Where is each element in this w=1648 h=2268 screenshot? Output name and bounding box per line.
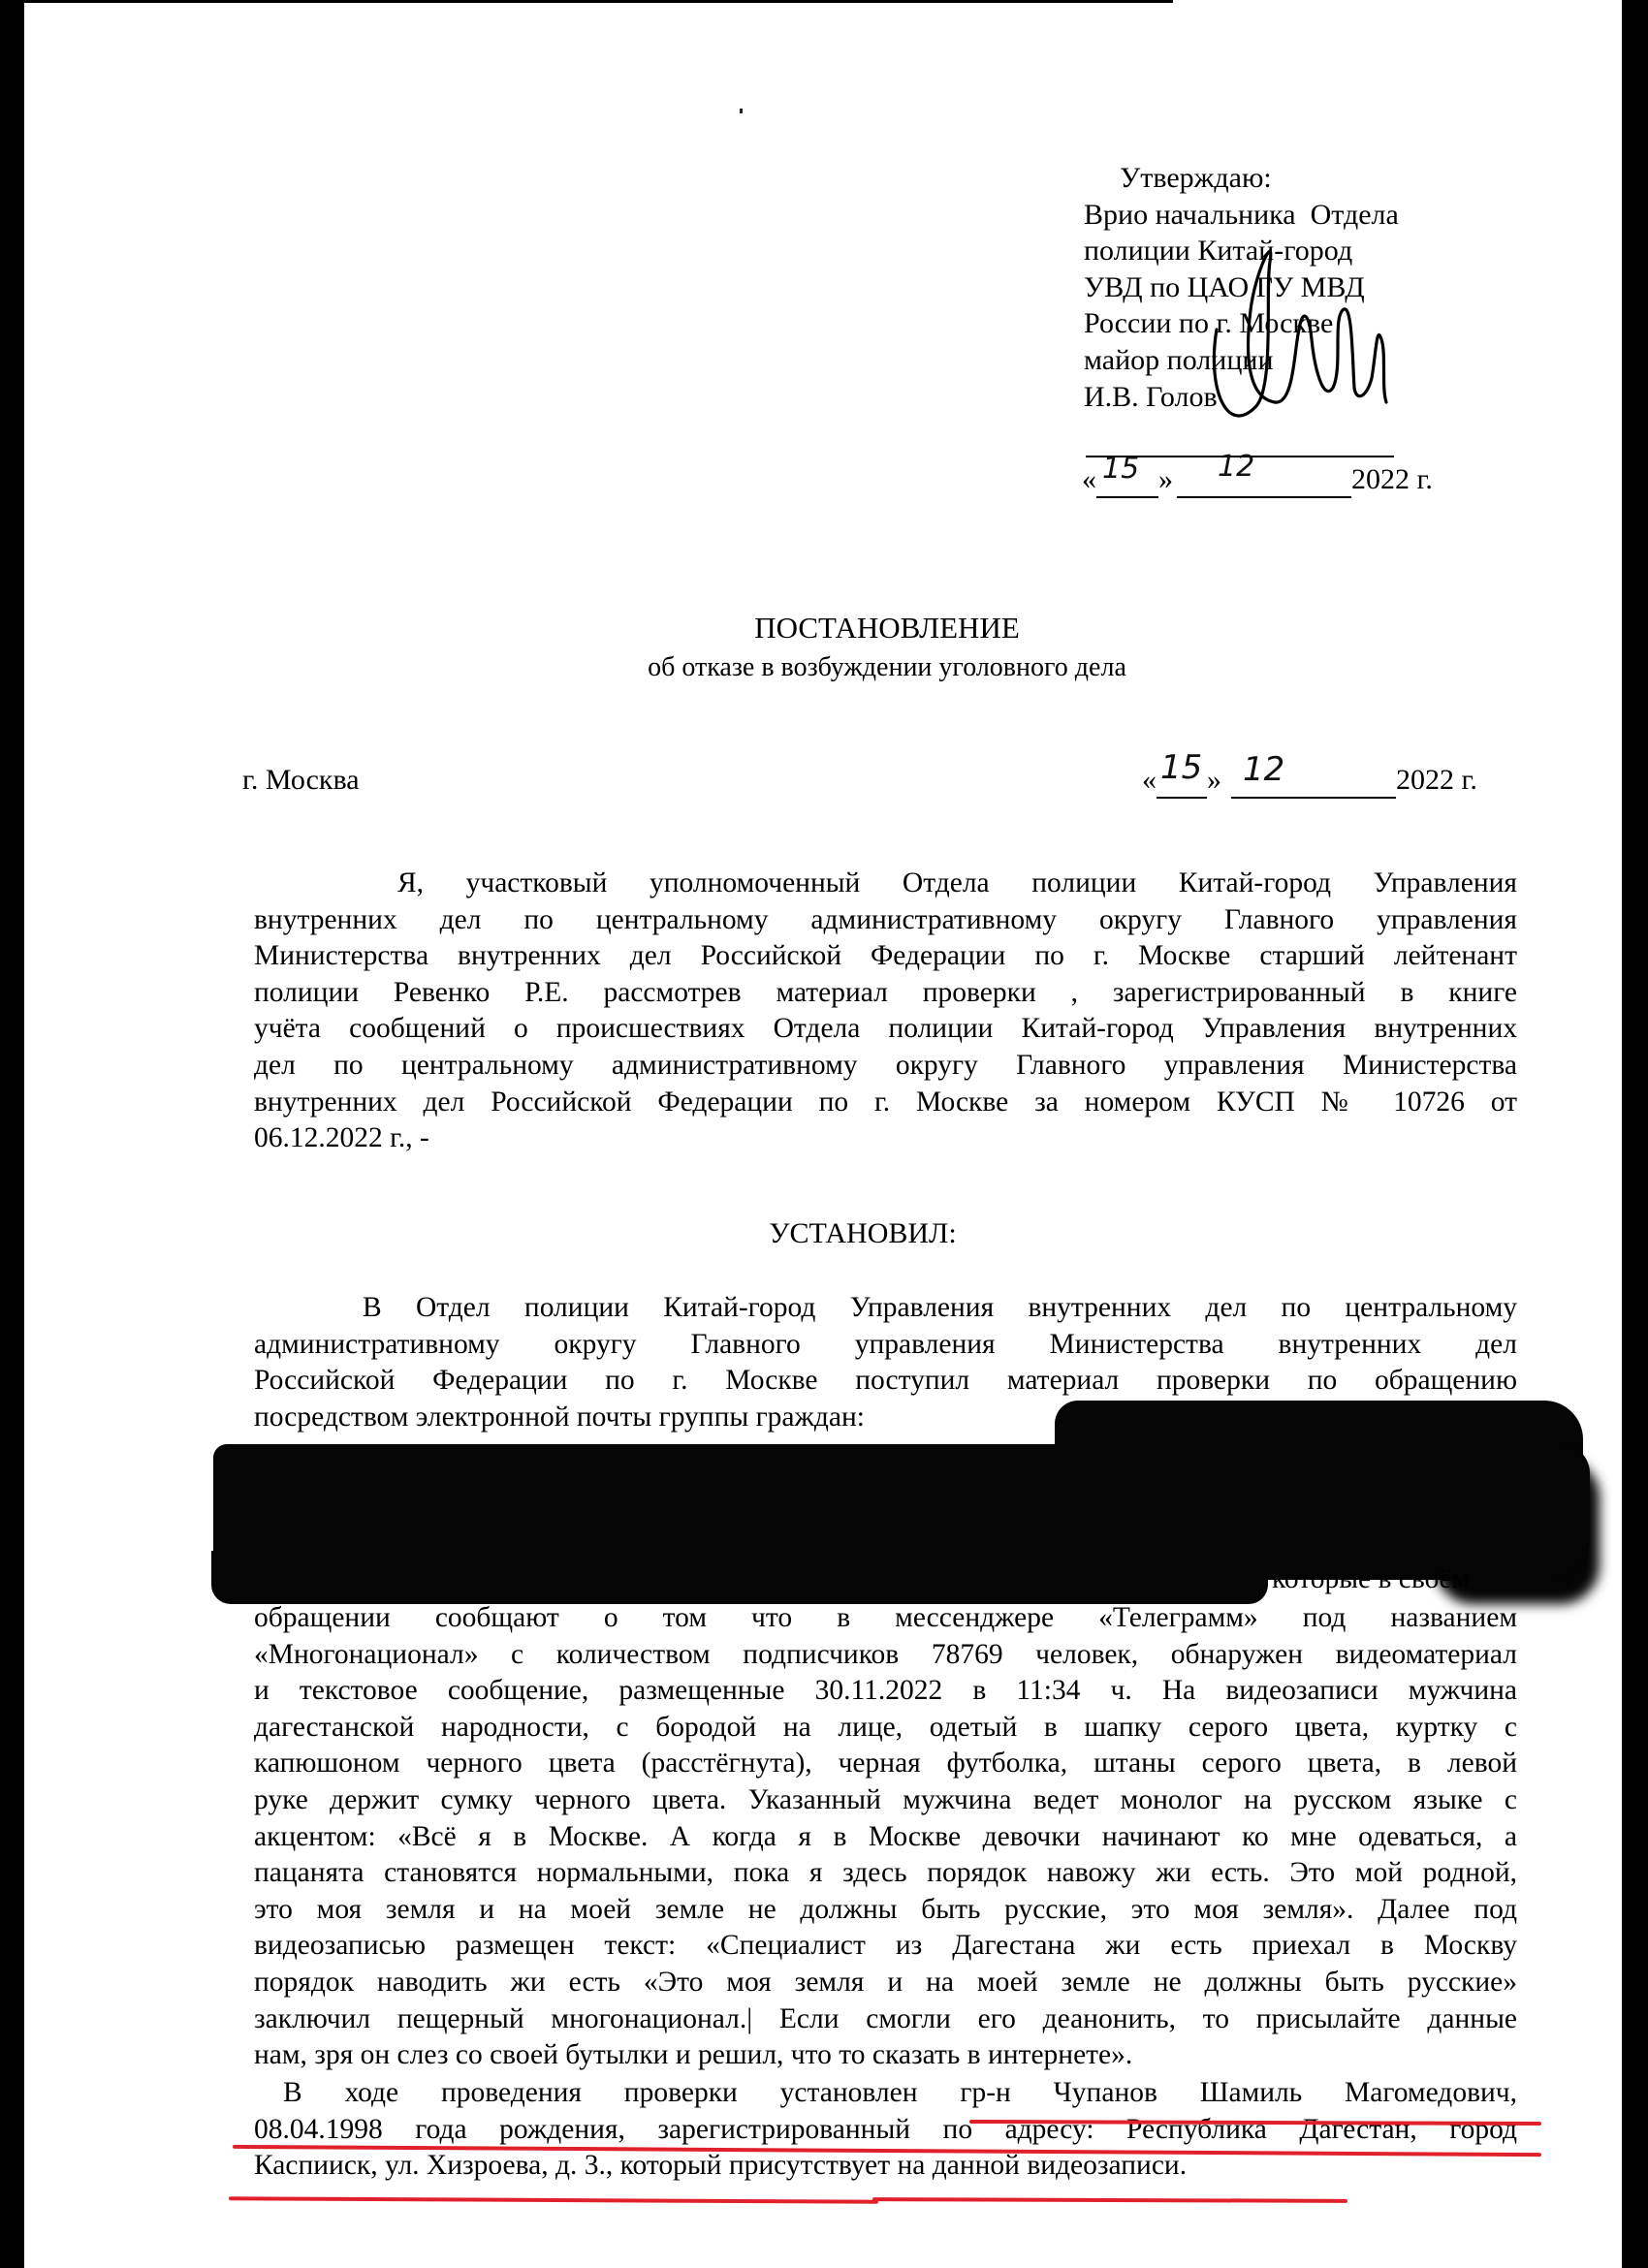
section-heading: УСТАНОВИЛ:: [0, 1217, 1648, 1250]
paragraph-details: обращении сообщают о том что в мессендже…: [254, 1600, 1517, 2074]
redaction-block: [211, 1551, 1268, 1604]
month-blank: 12: [1231, 764, 1396, 799]
text-line: видеозаписью размещен текст: «Специалист…: [254, 1928, 1517, 1965]
scan-border-right: [1622, 0, 1648, 2268]
approval-line: Врио начальника Отдела: [1084, 197, 1399, 234]
text-line: руке держит сумку черного цвета. Указанн…: [254, 1782, 1517, 1819]
text-line: полиции Ревенко Р.Е. рассмотрев материал…: [254, 975, 1517, 1012]
document-year: 2022 г.: [1396, 764, 1477, 796]
approval-year: 2022 г.: [1351, 463, 1433, 495]
red-underline: [872, 2197, 1347, 2203]
month-blank: 12: [1177, 463, 1351, 498]
handwritten-month: 12: [1218, 450, 1254, 484]
text-line: пацанята становятся нормальными, пока я …: [254, 1855, 1517, 1892]
text-line: административному округу Главного управл…: [254, 1327, 1517, 1364]
text-line: заключил пещерный многонационал.| Если с…: [254, 2001, 1517, 2038]
paragraph-identified: В ходе проведения проверки установлен гр…: [254, 2075, 1517, 2185]
text-line: обращении сообщают о том что в мессендже…: [254, 1600, 1517, 1637]
text-line: Российской Федерации по г. Москве поступ…: [254, 1363, 1517, 1400]
scan-border-left: [0, 0, 24, 2268]
text-line: внутренних дел по центральному администр…: [254, 902, 1517, 939]
quote-open: «: [1142, 764, 1157, 796]
text-line: дагестанской народности, с бородой на ли…: [254, 1710, 1517, 1747]
day-blank: 15: [1157, 764, 1207, 799]
quote-close: »: [1207, 764, 1221, 796]
signature: [1188, 233, 1391, 426]
quote-open: «: [1082, 463, 1096, 495]
text-line: «Многонационал» с количеством подписчико…: [254, 1637, 1517, 1674]
red-underline: [229, 2196, 878, 2204]
text-line: учёта сообщений о происшествиях Отдела п…: [254, 1011, 1517, 1048]
redaction-tail-text: которые в своём: [1272, 1563, 1470, 1595]
text-line: 06.12.2022 г., -: [254, 1120, 1517, 1157]
text-line: акцентом: «Всё я в Москве. А когда я в М…: [254, 1819, 1517, 1856]
text-line: В Отдел полиции Китай-город Управления в…: [254, 1290, 1517, 1327]
handwritten-day: 15: [1102, 452, 1139, 486]
document-date: «15 »12 2022 г.: [1142, 764, 1477, 799]
text-line: порядок наводить жи есть «Это моя земля …: [254, 1965, 1517, 2001]
handwritten-day: 15: [1160, 748, 1202, 787]
text-line: нам, зря он слез со своей бутылки и реши…: [254, 2037, 1517, 2074]
document-city: г. Москва: [242, 764, 360, 797]
text-line: Министерства внутренних дел Российской Ф…: [254, 938, 1517, 975]
text-line: В ходе проведения проверки установлен гр…: [254, 2075, 1517, 2112]
text-line: дел по центральному административному ок…: [254, 1048, 1517, 1085]
text-line: это моя земля и на моей земле не должны …: [254, 1892, 1517, 1929]
approval-date: «15 »12 2022 г.: [1082, 463, 1433, 498]
approval-heading: Утверждаю:: [1084, 160, 1399, 197]
text-line: капюшоном черного цвета (расстёгнута), ч…: [254, 1746, 1517, 1782]
quote-close: »: [1158, 463, 1173, 495]
text-line: внутренних дел Российской Федерации по г…: [254, 1085, 1517, 1121]
paragraph-intro: Я, участковый уполномоченный Отдела поли…: [254, 866, 1517, 1157]
scan-speck: [740, 109, 743, 113]
text-line: Я, участковый уполномоченный Отдела поли…: [254, 866, 1517, 902]
document-title: ПОСТАНОВЛЕНИЕ: [0, 611, 1648, 646]
document-subtitle: об отказе в возбуждении уголовного дела: [0, 652, 1648, 683]
text-line: 08.04.1998 года рождения, зарегистрирова…: [254, 2112, 1517, 2149]
scan-border-top: [24, 0, 1173, 3]
text-line: и текстовое сообщение, размещенные 30.11…: [254, 1673, 1517, 1710]
handwritten-month: 12: [1243, 750, 1284, 789]
day-blank: 15: [1096, 463, 1158, 498]
